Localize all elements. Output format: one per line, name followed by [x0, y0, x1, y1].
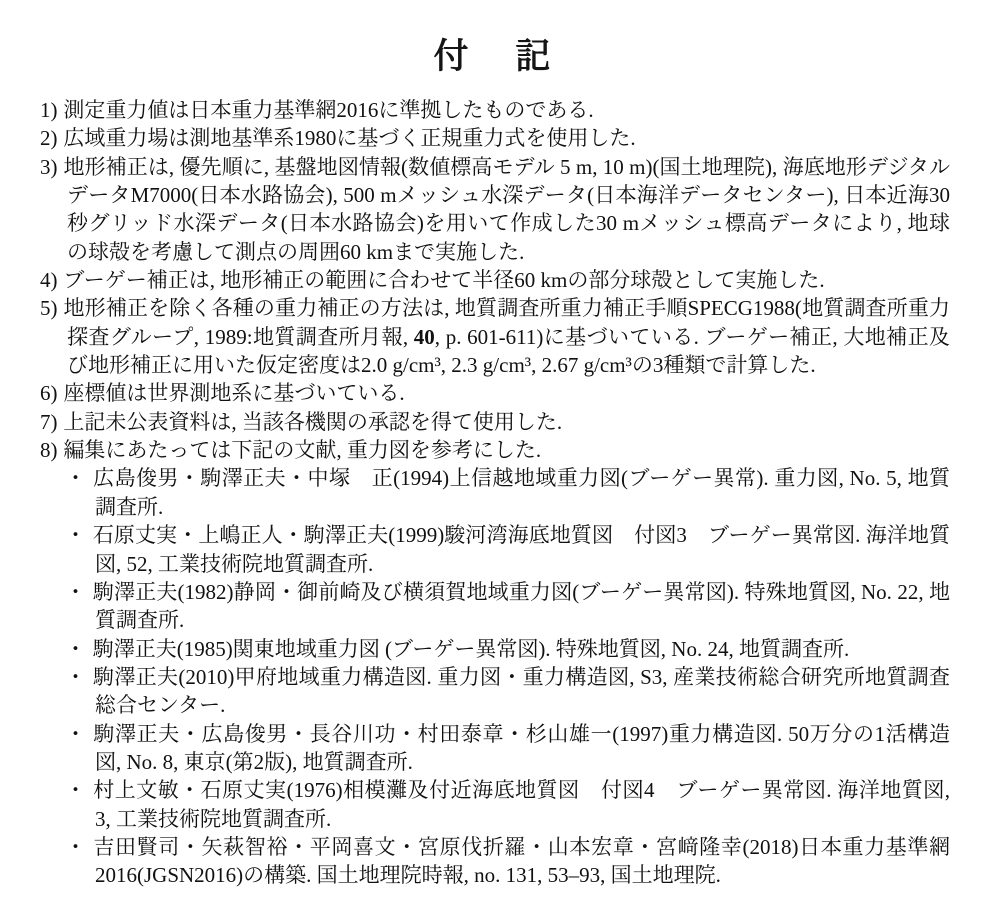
- note-item: 4)ブーゲー補正は, 地形補正の範囲に合わせて半径60 kmの部分球殻として実施…: [40, 266, 950, 294]
- reference-text: 村上文敏・石原丈実(1976)相模灘及付近海底地質図 付図4 ブーゲー異常図. …: [93, 778, 950, 830]
- reference-text: 駒澤正夫(2010)甲府地域重力構造図. 重力図・重力構造図, S3, 産業技術…: [93, 665, 950, 717]
- reference-item: ・村上文敏・石原丈実(1976)相模灘及付近海底地質図 付図4 ブーゲー異常図.…: [65, 776, 950, 833]
- note-marker: 1): [40, 98, 58, 122]
- reference-item: ・駒澤正夫・広島俊男・長谷川功・村田泰章・杉山雄一(1997)重力構造図. 50…: [65, 720, 950, 777]
- reference-item: ・駒澤正夫(1985)関東地域重力図 (ブーゲー異常図). 特殊地質図, No.…: [65, 635, 950, 663]
- bullet-icon: ・: [65, 637, 86, 661]
- reference-item: ・石原丈実・上嶋正人・駒澤正夫(1999)駿河湾海底地質図 付図3 ブーゲー異常…: [65, 521, 950, 578]
- volume-number-bold: 40: [414, 325, 435, 349]
- note-item: 1)測定重力値は日本重力基準網2016に準拠したものである.: [40, 96, 950, 124]
- note-text: 上記未公表資料は, 当該各機関の承認を得て使用した.: [63, 410, 562, 434]
- bullet-icon: ・: [65, 835, 87, 859]
- note-marker: 8): [40, 438, 58, 462]
- note-item: 2)広域重力場は測地基準系1980に基づく正規重力式を使用した.: [40, 124, 950, 152]
- note-item: 5)地形補正を除く各種の重力補正の方法は, 地質調査所重力補正手順SPECG19…: [40, 294, 950, 379]
- note-text: 地形補正は, 優先順に, 基盤地図情報(数値標高モデル 5 m, 10 m)(国…: [63, 155, 950, 264]
- page-title: 付 記: [40, 36, 950, 78]
- note-marker: 4): [40, 268, 58, 292]
- reference-item: ・広島俊男・駒澤正夫・中塚 正(1994)上信越地域重力図(ブーゲー異常). 重…: [65, 464, 950, 521]
- note-marker: 6): [40, 381, 58, 405]
- reference-text: 吉田賢司・矢萩智裕・平岡喜文・宮原伐折羅・山本宏章・宮﨑隆幸(2018)日本重力…: [93, 835, 950, 887]
- note-item: 7)上記未公表資料は, 当該各機関の承認を得て使用した.: [40, 408, 950, 436]
- note-text: 地形補正を除く各種の重力補正の方法は, 地質調査所重力補正手順SPECG1988…: [63, 296, 950, 377]
- bullet-icon: ・: [65, 466, 86, 490]
- bullet-icon: ・: [65, 523, 86, 547]
- bullet-icon: ・: [65, 580, 86, 604]
- reference-text: 広島俊男・駒澤正夫・中塚 正(1994)上信越地域重力図(ブーゲー異常). 重力…: [93, 466, 950, 518]
- note-text: 編集にあたっては下記の文献, 重力図を参考にした.: [63, 438, 541, 462]
- reference-text: 駒澤正夫(1985)関東地域重力図 (ブーゲー異常図). 特殊地質図, No. …: [93, 637, 850, 661]
- note-marker: 3): [40, 155, 58, 179]
- note-item: 8)編集にあたっては下記の文献, 重力図を参考にした.: [40, 436, 950, 464]
- note-marker: 5): [40, 296, 58, 320]
- note-text: 広域重力場は測地基準系1980に基づく正規重力式を使用した.: [63, 126, 635, 150]
- note-marker: 7): [40, 410, 58, 434]
- reference-text: 駒澤正夫(1982)静岡・御前崎及び横須賀地域重力図(ブーゲー異常図). 特殊地…: [93, 580, 950, 632]
- note-text: 測定重力値は日本重力基準網2016に準拠したものである.: [63, 98, 593, 122]
- bullet-icon: ・: [65, 722, 87, 746]
- note-text: 座標値は世界測地系に基づいている.: [63, 381, 404, 405]
- note-marker: 2): [40, 126, 58, 150]
- note-item: 6)座標値は世界測地系に基づいている.: [40, 379, 950, 407]
- reference-item: ・駒澤正夫(2010)甲府地域重力構造図. 重力図・重力構造図, S3, 産業技…: [65, 663, 950, 720]
- reference-item: ・吉田賢司・矢萩智裕・平岡喜文・宮原伐折羅・山本宏章・宮﨑隆幸(2018)日本重…: [65, 833, 950, 890]
- notes-section: 1)測定重力値は日本重力基準網2016に準拠したものである. 2)広域重力場は測…: [40, 96, 950, 890]
- document-page: 付 記 1)測定重力値は日本重力基準網2016に準拠したものである. 2)広域重…: [0, 0, 990, 890]
- note-text: ブーゲー補正は, 地形補正の範囲に合わせて半径60 kmの部分球殻として実施した…: [63, 268, 824, 292]
- bullet-icon: ・: [65, 665, 86, 689]
- reference-text: 駒澤正夫・広島俊男・長谷川功・村田泰章・杉山雄一(1997)重力構造図. 50万…: [93, 722, 950, 774]
- note-item: 3)地形補正は, 優先順に, 基盤地図情報(数値標高モデル 5 m, 10 m)…: [40, 153, 950, 266]
- bullet-icon: ・: [65, 778, 87, 802]
- reference-item: ・駒澤正夫(1982)静岡・御前崎及び横須賀地域重力図(ブーゲー異常図). 特殊…: [65, 578, 950, 635]
- references-list: ・広島俊男・駒澤正夫・中塚 正(1994)上信越地域重力図(ブーゲー異常). 重…: [40, 464, 950, 889]
- reference-text: 石原丈実・上嶋正人・駒澤正夫(1999)駿河湾海底地質図 付図3 ブーゲー異常図…: [93, 523, 950, 575]
